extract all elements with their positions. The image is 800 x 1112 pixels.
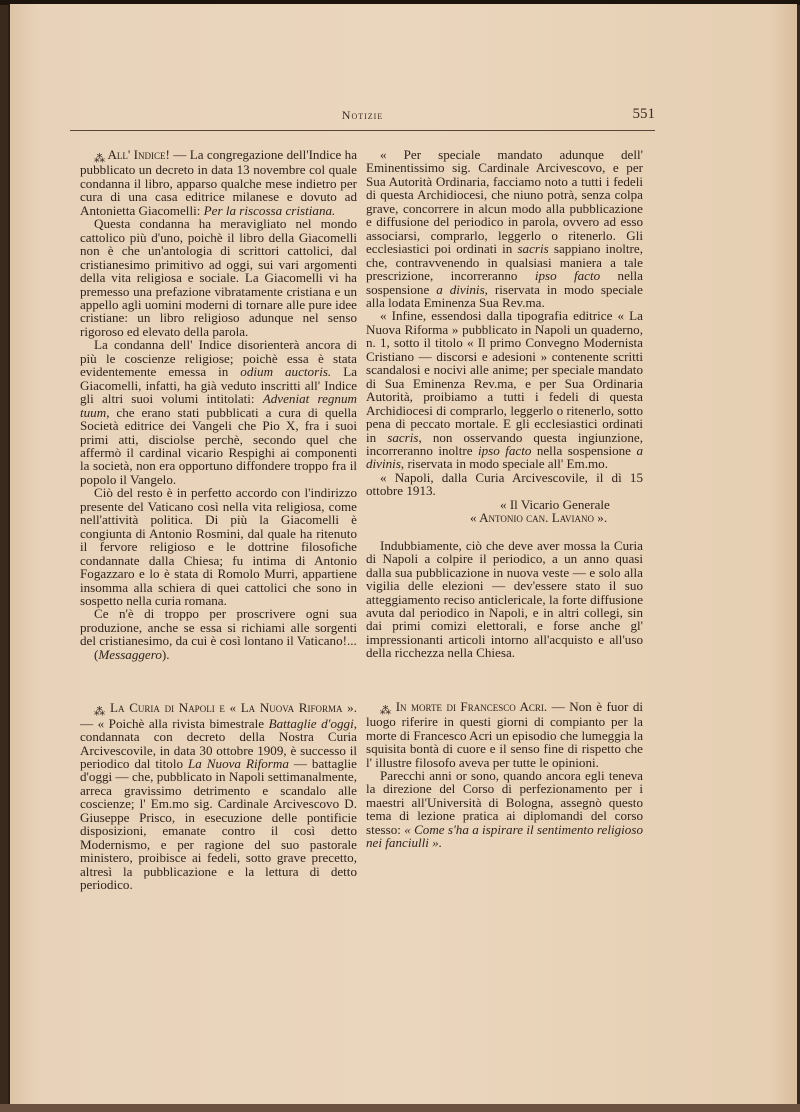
paragraph: Parecchi anni or sono, quando ancora egl… — [366, 769, 643, 850]
right-column: « Per speciale mandato adunque dell' Emi… — [366, 148, 643, 850]
paragraph: « Per speciale mandato adunque dell' Emi… — [366, 148, 643, 309]
asterism-icon: ⁂ — [380, 705, 391, 717]
commentary: Indubbiamente, ciò che deve aver mossa l… — [366, 539, 643, 660]
article-title: La Curia di Napoli e « La Nuova Riforma … — [110, 700, 357, 715]
article-title: All' Indice! — [107, 147, 169, 162]
paragraph: « Napoli, dalla Curia Arcivescovile, il … — [366, 471, 643, 498]
paragraph: La condanna dell' Indice disorienterà an… — [80, 338, 357, 486]
article-title: In morte di Francesco Acri. — [396, 699, 548, 714]
paragraph: « Infine, essendosi dalla tipografia edi… — [366, 309, 643, 470]
signature-line: « Il Vicario Generale — [366, 498, 643, 511]
asterism-icon: ⁂ — [94, 153, 104, 165]
source-attribution: (Messaggero). — [80, 648, 357, 661]
asterism-icon: ⁂ — [94, 706, 105, 718]
page-number: 551 — [633, 106, 656, 123]
running-title: Notizie — [70, 108, 655, 123]
signature-name: « Antonio can. Laviano ». — [366, 511, 643, 524]
paragraph: Ce n'è di troppo per proscrivere ogni su… — [80, 607, 357, 647]
paragraph: Questa condanna ha meravigliato nel mond… — [80, 217, 357, 338]
article-indice-p1: ⁂ All' Indice! — La congregazione dell'I… — [80, 148, 357, 217]
article-curia-p1: ⁂ La Curia di Napoli e « La Nuova Riform… — [80, 701, 357, 891]
page-bottom-edge — [0, 1104, 800, 1112]
article-acri-p1: ⁂ In morte di Francesco Acri. — Non è fu… — [366, 700, 643, 769]
header-rule — [70, 130, 655, 131]
paragraph: Ciò del resto è in perfetto accordo con … — [80, 486, 357, 607]
page-header: Notizie 551 — [70, 108, 655, 128]
left-column: ⁂ All' Indice! — La congregazione dell'I… — [80, 148, 357, 892]
